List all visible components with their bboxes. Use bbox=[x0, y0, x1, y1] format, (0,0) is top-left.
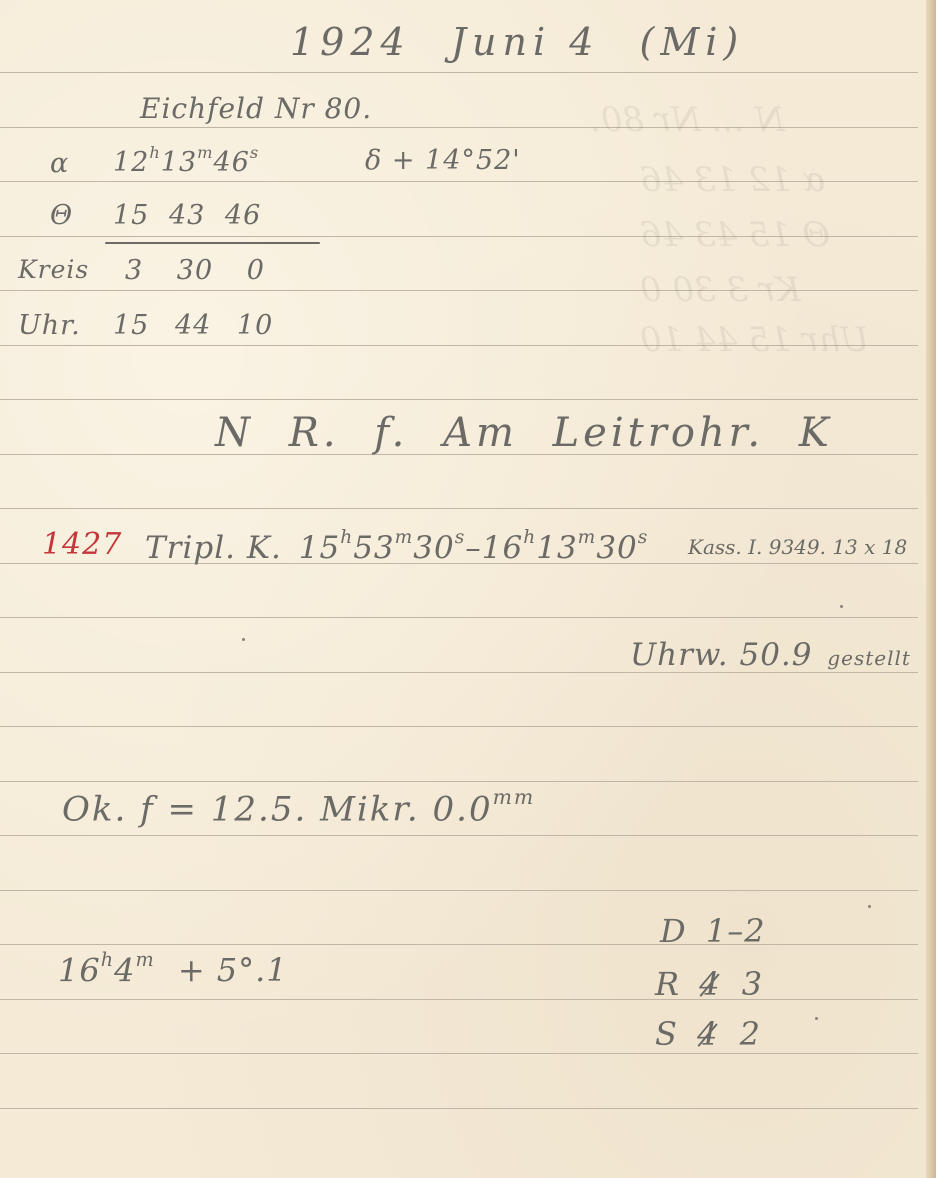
ruled-line bbox=[0, 890, 918, 891]
header-weekday: (Mi) bbox=[640, 20, 745, 64]
bleed-through-text: N ... Nr 80. bbox=[590, 100, 785, 140]
pencil-dot bbox=[840, 605, 843, 608]
row-alpha-value: 12h13m46s bbox=[113, 143, 259, 178]
cassette-info: Kass. I. 9349. 13 x 18 bbox=[688, 535, 907, 559]
clock-note-suffix: gestellt bbox=[827, 646, 911, 670]
ruled-line bbox=[0, 617, 918, 618]
ruled-line bbox=[0, 726, 918, 727]
clock-correction: Uhrw. 50.9 bbox=[630, 637, 813, 673]
start-hours: 15 bbox=[299, 530, 340, 566]
bleed-through-text: α 12 13 46 bbox=[640, 160, 825, 200]
observation-description: Tripl. K. 15h53m30s–16h13m30s bbox=[145, 527, 648, 566]
kreis-hours: 3 bbox=[125, 255, 143, 286]
ruled-line bbox=[0, 781, 918, 782]
row-theta-label: Θ bbox=[50, 200, 73, 231]
hour-angle: 16h4m + 5°.1 bbox=[58, 948, 288, 989]
theta-hours: 15 bbox=[113, 200, 149, 231]
header-year: 1924 bbox=[290, 20, 411, 64]
star-name: Eichfeld Nr 80. bbox=[140, 92, 372, 125]
row-alpha-label: α bbox=[50, 148, 69, 179]
ruled-line bbox=[0, 944, 918, 945]
bleed-through-text: Θ 15 43 46 bbox=[640, 215, 830, 255]
pencil-dot bbox=[815, 1017, 818, 1020]
ruled-line bbox=[0, 835, 918, 836]
header-date: Juni 4 bbox=[451, 20, 600, 64]
pencil-dot bbox=[242, 638, 245, 641]
bleed-through-text: Uhr 15 44 10 bbox=[640, 320, 869, 360]
theta-seconds: 46 bbox=[225, 200, 261, 231]
start-minutes: 53 bbox=[353, 530, 394, 566]
rating-r-value: 3 bbox=[742, 965, 763, 1003]
hour-angle-offset: + 5°.1 bbox=[178, 951, 288, 989]
kreis-seconds: 0 bbox=[247, 255, 265, 286]
ruled-line bbox=[0, 999, 918, 1000]
theta-minutes: 43 bbox=[169, 200, 205, 231]
rating-s-struck-value: 4 bbox=[697, 1015, 718, 1053]
uhr-seconds: 10 bbox=[237, 310, 273, 341]
alpha-minutes: 13 bbox=[161, 147, 197, 178]
rating-r-label: R bbox=[655, 965, 680, 1003]
range-separator: – bbox=[465, 530, 482, 566]
rating-r-struck-value: 4 bbox=[699, 965, 720, 1003]
ocular-text: Ok. f = 12.5. Mikr. 0.0 bbox=[62, 789, 493, 829]
rating-d: D 1–2 bbox=[660, 912, 766, 950]
ruled-line bbox=[0, 508, 918, 509]
ocular-settings: Ok. f = 12.5. Mikr. 0.0mm bbox=[62, 785, 535, 829]
row-theta-value: 15 43 46 bbox=[113, 200, 261, 231]
alpha-hours: 12 bbox=[113, 147, 149, 178]
clock-note: Uhrw. 50.9 gestellt bbox=[630, 637, 911, 673]
instrument-line: N R. f. Am Leitrohr. K bbox=[215, 410, 833, 456]
kreis-minutes: 30 bbox=[177, 255, 213, 286]
bleed-through-text: Kr 3 30 0 bbox=[640, 270, 801, 310]
end-seconds: 30 bbox=[596, 530, 637, 566]
declination: δ + 14°52' bbox=[365, 145, 521, 176]
rating-s: S 4 2 bbox=[655, 1015, 761, 1053]
end-hours: 16 bbox=[482, 530, 523, 566]
page-header-date: 1924 Juni 4 (Mi) bbox=[290, 20, 744, 64]
uhr-hours: 15 bbox=[113, 310, 149, 341]
row-uhr-value: 15 44 10 bbox=[113, 310, 273, 341]
ruled-line bbox=[0, 72, 918, 73]
rating-r: R 4 3 bbox=[655, 965, 763, 1003]
start-seconds: 30 bbox=[413, 530, 454, 566]
ocular-unit: mm bbox=[493, 785, 536, 809]
row-uhr-label: Uhr. bbox=[18, 310, 81, 341]
pencil-dot bbox=[868, 905, 871, 908]
rating-s-label: S bbox=[655, 1015, 678, 1053]
exposure-end: 16h13m30s bbox=[482, 530, 649, 566]
end-minutes: 13 bbox=[536, 530, 577, 566]
uhr-minutes: 44 bbox=[175, 310, 211, 341]
row-kreis-value: 3 30 0 bbox=[125, 255, 265, 286]
rating-d-label: D bbox=[660, 912, 687, 950]
exposure-start: 15h53m30s bbox=[299, 530, 466, 566]
rating-s-value: 2 bbox=[740, 1015, 761, 1053]
ruled-line bbox=[0, 1108, 918, 1109]
ruled-line bbox=[0, 1053, 918, 1054]
alpha-seconds: 46 bbox=[214, 147, 250, 178]
hour-angle-hours: 16 bbox=[58, 951, 101, 989]
hour-angle-minutes: 4 bbox=[114, 951, 135, 989]
rating-d-value: 1–2 bbox=[706, 912, 766, 950]
notebook-page: N ... Nr 80. α 12 13 46 Θ 15 43 46 Kr 3 … bbox=[0, 0, 936, 1178]
observation-type: Tripl. K. bbox=[145, 530, 282, 566]
ruled-line bbox=[0, 399, 918, 400]
plate-number: 1427 bbox=[42, 527, 122, 562]
subtraction-underline bbox=[105, 242, 320, 244]
page-spine-edge bbox=[926, 0, 936, 1178]
row-kreis-label: Kreis bbox=[18, 255, 89, 284]
